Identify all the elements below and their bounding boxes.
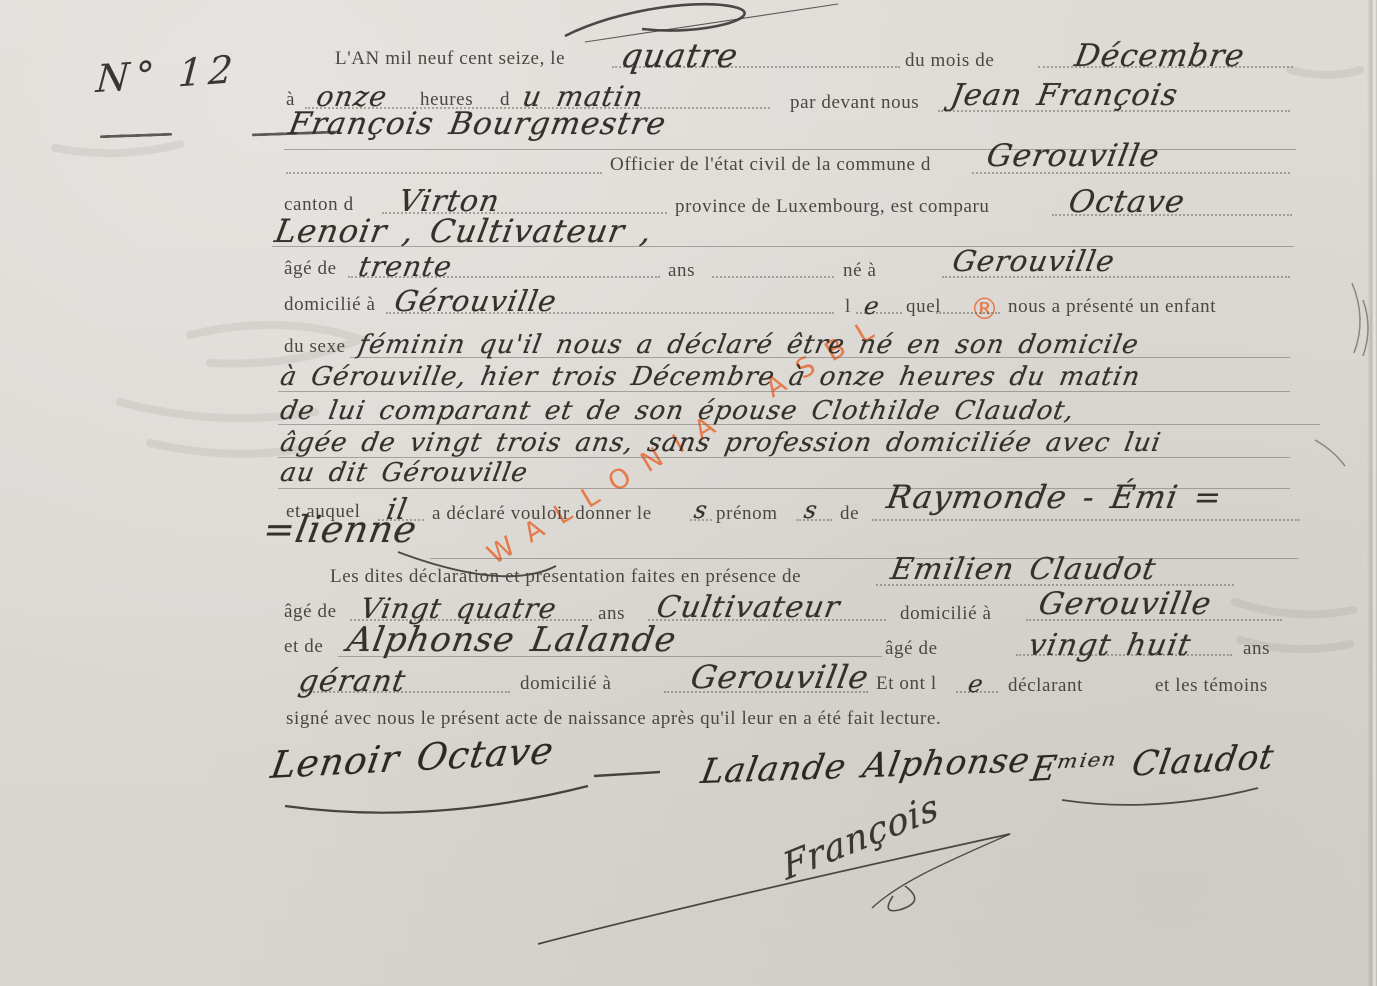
form-label: prénom <box>716 503 778 525</box>
edge-ink-mark <box>1315 283 1368 466</box>
form-label: et les témoins <box>1155 675 1268 697</box>
form-label: du sexe <box>284 336 346 358</box>
registered-mark-icon: ® <box>970 292 999 326</box>
form-label: quel <box>906 296 941 318</box>
entry-birth-date-place: à Gérouville, hier trois Décembre à onze… <box>278 362 1143 392</box>
form-label: Et ont l <box>876 673 937 695</box>
form-label: domicilié à <box>900 603 992 625</box>
form-label: ans <box>1243 638 1270 660</box>
form-label: ans <box>668 260 695 282</box>
form-label: âgé de <box>284 258 337 280</box>
form-label: né à <box>843 260 877 282</box>
entry-declarant-age: trente <box>356 250 455 283</box>
signature3-flourish <box>1062 788 1258 805</box>
form-label: Officier de l'état civil de la commune d <box>610 154 931 176</box>
entry-mother-details: âgée de vingt trois ans, sans profession… <box>278 428 1164 458</box>
signature-officer: François <box>779 786 942 889</box>
form-label: a déclaré vouloir donner le <box>432 503 652 525</box>
entry-officer-firstname: Jean François <box>948 78 1181 113</box>
form-label: L'AN mil neuf cent seize, le <box>335 48 565 70</box>
entry-declarant-name-occupation: Lenoir , Cultivateur , <box>272 212 655 250</box>
entry-declarant-firstname: Octave <box>1066 184 1188 220</box>
form-label: signé avec nous le présent acte de naiss… <box>286 708 941 730</box>
entry-residence-repeat: au dit Gérouville <box>278 458 530 488</box>
act-number: N° 12 <box>95 47 240 101</box>
mayor-signature-flourish <box>538 834 1010 944</box>
entry-declarant-e: e <box>966 670 986 698</box>
form-label: domicilié à <box>520 673 612 695</box>
entry-witness1-residence: Gerouville <box>1036 586 1215 622</box>
entry-witness2-occupation: gérant <box>296 664 409 699</box>
form-label: et de <box>284 636 323 658</box>
form-label: Les dites déclaration et présentation fa… <box>330 566 801 588</box>
form-label: de <box>840 503 859 525</box>
entry-given-names-cont: =lienne <box>260 508 421 551</box>
form-label: âgé de <box>284 601 337 623</box>
entry-witness1-occupation: Cultivateur <box>654 590 843 625</box>
form-label: déclarant <box>1008 675 1083 697</box>
entry-officer-name-title: François Bourgmestre <box>286 106 669 142</box>
entry-commune: Gerouville <box>984 138 1163 174</box>
birth-certificate-scan: WALLONIA ASBL ® N° 12 L'AN mil neuf cent… <box>0 0 1377 986</box>
signature-witness2: Lalande Alphonse <box>698 740 1034 792</box>
entry-month: Décembre <box>1072 38 1248 74</box>
entry-witness2-age: vingt huit <box>1026 628 1194 663</box>
form-label: domicilié à <box>284 294 376 316</box>
entry-witness2-residence: Gerouville <box>688 658 872 696</box>
form-label: du mois de <box>905 50 994 72</box>
form-label: par devant nous <box>790 92 919 114</box>
entry-given-names: Raymonde - Émi = <box>884 478 1225 516</box>
form-label: province de Luxembourg, est comparu <box>675 196 990 218</box>
form-label: nous a présenté un enfant <box>1008 296 1216 318</box>
entry-witness1-name: Emilien Claudot <box>888 552 1159 587</box>
signature-declarant: Lenoir Octave <box>268 729 557 787</box>
form-label: âgé de <box>885 638 938 660</box>
margin-dash <box>100 133 172 139</box>
page-edge <box>1367 0 1377 986</box>
signature-witness1: Eᵐⁱᵉⁿ Claudot <box>1028 737 1277 790</box>
entry-sex-declaration: féminin qu'il nous a déclaré être né en … <box>356 330 1141 360</box>
entry-parents: de lui comparant et de son épouse Clothi… <box>278 396 1077 426</box>
form-label: l <box>845 296 851 318</box>
entry-day: quatre <box>618 36 742 75</box>
entry-witness2-name: Alphonse Lalande <box>344 620 680 660</box>
entry-residence: Gérouville <box>392 284 560 318</box>
entry-birthplace: Gerouville <box>950 244 1118 278</box>
